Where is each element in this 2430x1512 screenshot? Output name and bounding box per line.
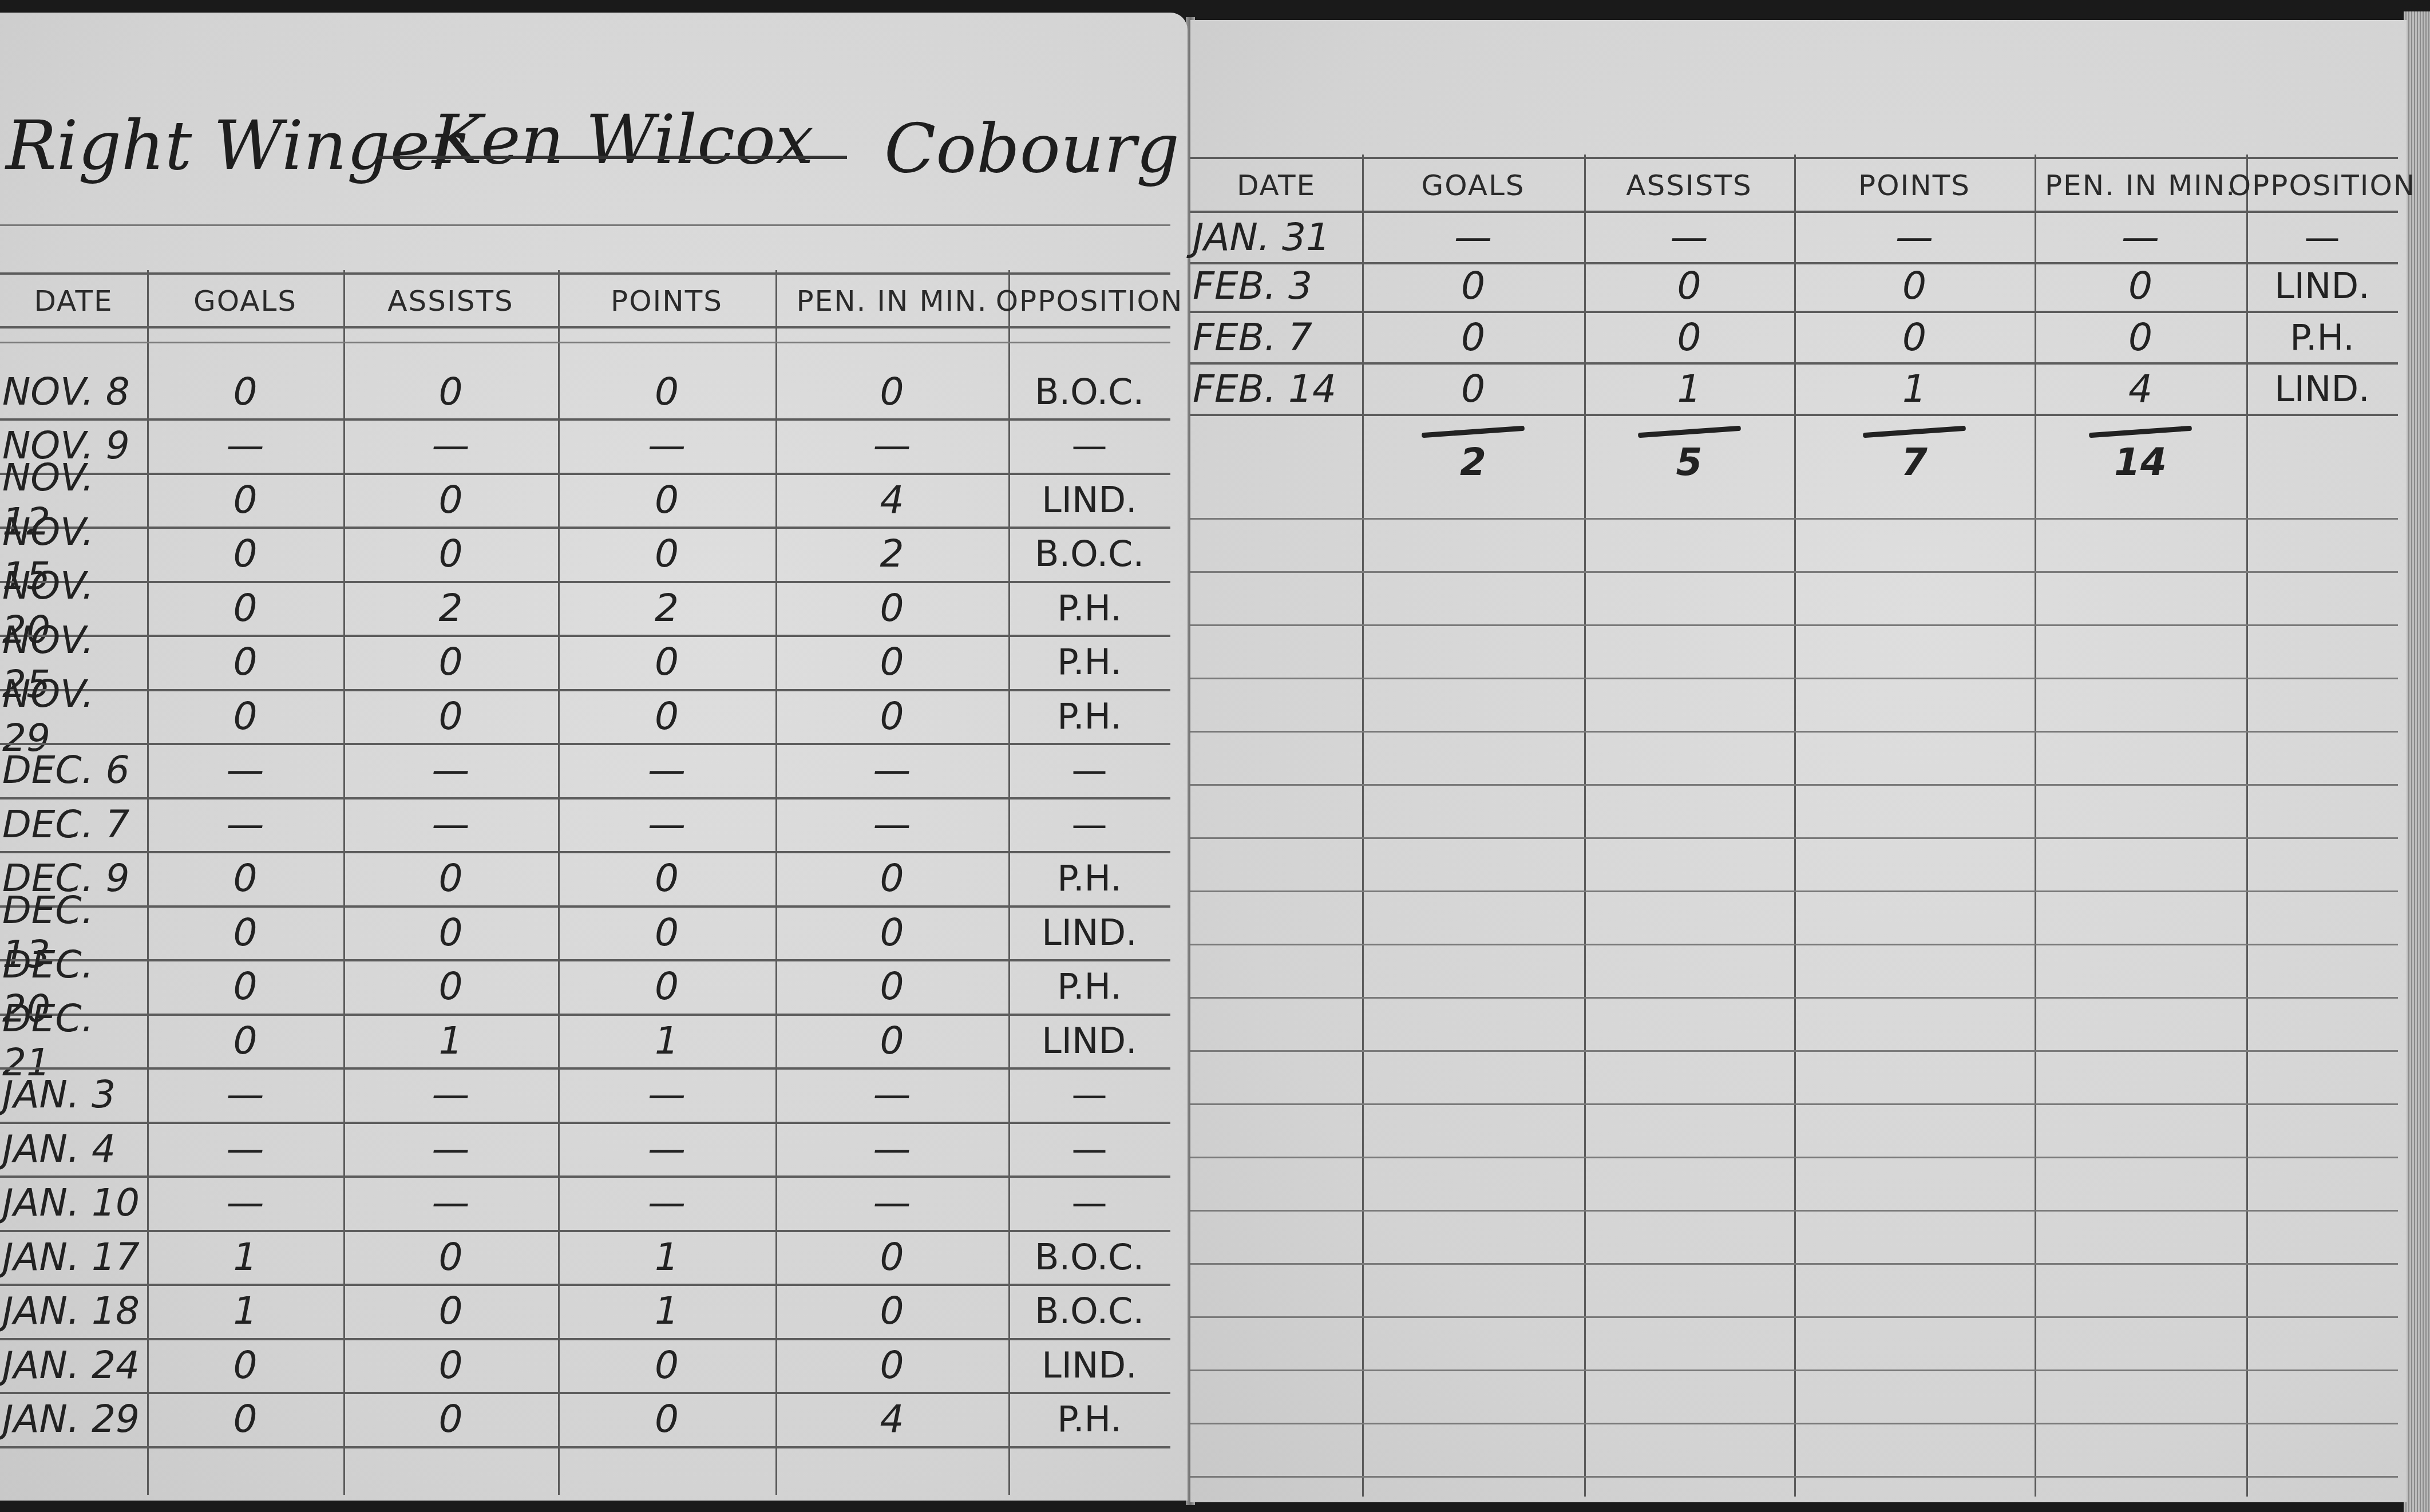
cell-opp: B.O.C. [1008, 1230, 1170, 1284]
cell-pen: 0 [2035, 260, 2246, 311]
cell-assists: — [1584, 212, 1794, 262]
blank-rule [1190, 1476, 2398, 1478]
blank-rule [0, 342, 1170, 343]
cell-points: 1 [1794, 363, 2035, 414]
player-position: Right Winger [6, 106, 462, 185]
column-header-opp: OPPOSITION [2246, 160, 2398, 211]
cell-opp: — [1008, 1122, 1170, 1175]
cell-goals: 0 [147, 1014, 343, 1067]
cell-assists: — [343, 1122, 558, 1175]
row-rule [1190, 414, 2398, 416]
cell-pen: 0 [775, 960, 1008, 1014]
cell-assists: — [343, 797, 558, 851]
cell-goals: 1 [147, 1284, 343, 1338]
cell-date: FEB. 7 [1190, 312, 1364, 362]
cell-assists: 0 [343, 473, 558, 527]
blank-rule [1190, 784, 2398, 786]
left-page: DATEGOALSASSISTSPOINTSPEN. IN MIN.OPPOSI… [0, 13, 1188, 1501]
cell-opp: P.H. [1008, 581, 1170, 635]
cell-goals: 0 [1362, 363, 1584, 414]
header-rule [1190, 157, 2398, 159]
cell-goals: 0 [147, 689, 343, 743]
cell-date: NOV. 8 [0, 365, 149, 418]
cell-points: 0 [558, 365, 775, 418]
right-page: DATEGOALSASSISTSPOINTSPEN. IN MIN.OPPOSI… [1190, 20, 2407, 1502]
blank-rule [1190, 1157, 2398, 1158]
row-rule [0, 1446, 1170, 1448]
cell-pen: 0 [775, 905, 1008, 959]
cell-opp: B.O.C. [1008, 527, 1170, 581]
cell-goals: 0 [147, 365, 343, 418]
cell-goals: — [147, 1122, 343, 1175]
blank-rule [1190, 1103, 2398, 1105]
cell-pen: 0 [775, 1014, 1008, 1067]
cell-points: 0 [558, 960, 775, 1014]
total-pen: 14 [2035, 435, 2246, 489]
cell-opp: — [1008, 419, 1170, 473]
cell-goals: 0 [1362, 260, 1584, 311]
blank-rule [1190, 571, 2398, 573]
cell-goals: 0 [147, 473, 343, 527]
cell-points: — [558, 1068, 775, 1122]
cell-goals: 0 [147, 1338, 343, 1392]
cell-date: JAN. 10 [0, 1176, 149, 1230]
cell-pen: 0 [775, 635, 1008, 689]
blank-rule [1190, 1369, 2398, 1371]
total-assists: 5 [1584, 435, 1794, 489]
column-header-pen: PEN. IN MIN. [775, 276, 1008, 326]
page-edges [2404, 11, 2430, 1512]
blank-rule [1190, 1050, 2398, 1052]
cell-pen: 0 [775, 852, 1008, 905]
cell-points: — [558, 797, 775, 851]
total-points: 7 [1794, 435, 2035, 489]
cell-opp: — [1008, 1176, 1170, 1230]
cell-pen: 4 [775, 1392, 1008, 1446]
cell-date: JAN. 3 [0, 1068, 149, 1122]
cell-date: DEC. 6 [0, 743, 149, 797]
cell-assists: 0 [1584, 312, 1794, 362]
cell-goals: 0 [147, 635, 343, 689]
cell-assists: 0 [1584, 260, 1794, 311]
cell-opp: P.H. [1008, 960, 1170, 1014]
cell-assists: 2 [343, 581, 558, 635]
cell-pen: 0 [775, 1338, 1008, 1392]
cell-assists: 1 [1584, 363, 1794, 414]
cell-opp: B.O.C. [1008, 1284, 1170, 1338]
cell-goals: 0 [147, 527, 343, 581]
cell-assists: 0 [343, 960, 558, 1014]
cell-pen: — [775, 1122, 1008, 1175]
cell-date: DEC. 7 [0, 797, 149, 851]
cell-opp: P.H. [1008, 1392, 1170, 1446]
cell-points: 1 [558, 1230, 775, 1284]
cell-date: JAN. 17 [0, 1230, 149, 1284]
cell-opp: P.H. [1008, 689, 1170, 743]
cell-assists: — [343, 1068, 558, 1122]
team-name: Cobourg [884, 109, 1180, 188]
blank-rule [1190, 837, 2398, 839]
column-header-assists: ASSISTS [1584, 160, 1794, 211]
column-header-assists: ASSISTS [343, 276, 558, 326]
cell-points: 0 [558, 635, 775, 689]
cell-assists: 0 [343, 852, 558, 905]
cell-pen: 2 [775, 527, 1008, 581]
cell-pen: 0 [775, 1284, 1008, 1338]
cell-opp: LIND. [1008, 1014, 1170, 1067]
cell-assists: 0 [343, 635, 558, 689]
blank-rule [1190, 518, 2398, 520]
cell-points: 0 [558, 852, 775, 905]
cell-opp: LIND. [2246, 363, 2398, 414]
column-header-opp: OPPOSITION [1008, 276, 1170, 326]
cell-assists: 0 [343, 1230, 558, 1284]
cell-points: 1 [558, 1284, 775, 1338]
cell-goals: — [147, 419, 343, 473]
blank-rule [1190, 678, 2398, 679]
cell-pen: — [775, 419, 1008, 473]
cell-points: 0 [558, 1392, 775, 1446]
column-header-date: DATE [1190, 160, 1362, 211]
cell-goals: 0 [1362, 312, 1584, 362]
cell-points: 0 [558, 905, 775, 959]
cell-points: — [558, 743, 775, 797]
cell-pen: 0 [2035, 312, 2246, 362]
cell-opp: P.H. [1008, 635, 1170, 689]
cell-pen: 0 [775, 689, 1008, 743]
header-rule [0, 326, 1170, 328]
cell-date: FEB. 3 [1190, 260, 1364, 311]
cell-date: FEB. 14 [1190, 363, 1364, 414]
cell-date: JAN. 18 [0, 1284, 149, 1338]
cell-points: 0 [1794, 260, 2035, 311]
cell-pen: 4 [2035, 363, 2246, 414]
cell-date: JAN. 24 [0, 1338, 149, 1392]
cell-date: JAN. 29 [0, 1392, 149, 1446]
cell-opp: — [1008, 797, 1170, 851]
cell-date: DEC. 21 [0, 1014, 149, 1067]
cell-opp: P.H. [1008, 852, 1170, 905]
player-name-underline [378, 156, 847, 159]
cell-points: — [558, 1122, 775, 1175]
blank-rule [1190, 1316, 2398, 1318]
cell-pen: — [775, 1068, 1008, 1122]
cell-opp: LIND. [1008, 473, 1170, 527]
cell-assists: — [343, 419, 558, 473]
cell-goals: — [147, 1068, 343, 1122]
column-header-points: POINTS [1794, 160, 2035, 211]
column-header-date: DATE [0, 276, 147, 326]
cell-points: 2 [558, 581, 775, 635]
cell-points: 0 [558, 473, 775, 527]
cell-opp: B.O.C. [1008, 365, 1170, 418]
cell-goals: — [147, 797, 343, 851]
cell-goals: 1 [147, 1230, 343, 1284]
total-goals: 2 [1362, 435, 1584, 489]
player-name: Ken Wilcox [432, 100, 814, 179]
cell-points: 0 [558, 1338, 775, 1392]
cell-pen: — [2035, 212, 2246, 262]
blank-rule [0, 224, 1170, 226]
cell-opp: P.H. [2246, 312, 2398, 362]
cell-date: JAN. 4 [0, 1122, 149, 1175]
cell-points: 1 [558, 1014, 775, 1067]
cell-opp: LIND. [1008, 1338, 1170, 1392]
cell-points: 0 [558, 527, 775, 581]
cell-goals: 0 [147, 581, 343, 635]
blank-rule [1190, 731, 2398, 733]
column-header-pen: PEN. IN MIN. [2035, 160, 2246, 211]
cell-assists: — [343, 743, 558, 797]
cell-points: 0 [1794, 312, 2035, 362]
blank-rule [1190, 890, 2398, 892]
cell-goals: 0 [147, 960, 343, 1014]
column-header-goals: GOALS [1362, 160, 1584, 211]
cell-goals: 0 [147, 905, 343, 959]
cell-goals: 0 [147, 852, 343, 905]
cell-opp: — [1008, 1068, 1170, 1122]
cell-opp: — [1008, 743, 1170, 797]
cell-goals: 0 [147, 1392, 343, 1446]
column-header-goals: GOALS [147, 276, 343, 326]
cell-assists: 1 [343, 1014, 558, 1067]
cell-pen: 4 [775, 473, 1008, 527]
blank-rule [1190, 1423, 2398, 1424]
cell-goals: — [147, 743, 343, 797]
cell-pen: — [775, 1176, 1008, 1230]
cell-assists: 0 [343, 1392, 558, 1446]
cell-pen: — [775, 743, 1008, 797]
cell-assists: 0 [343, 1338, 558, 1392]
cell-date: NOV. 29 [0, 689, 149, 743]
column-header-points: POINTS [558, 276, 775, 326]
blank-rule [1190, 944, 2398, 945]
blank-rule [1190, 1263, 2398, 1265]
cell-assists: — [343, 1176, 558, 1230]
cell-assists: 0 [343, 527, 558, 581]
cell-goals: — [147, 1176, 343, 1230]
blank-rule [1190, 624, 2398, 626]
header-rule [0, 272, 1170, 275]
cell-pen: 0 [775, 1230, 1008, 1284]
cell-assists: 0 [343, 905, 558, 959]
blank-rule [1190, 997, 2398, 999]
cell-points: — [558, 419, 775, 473]
cell-assists: 0 [343, 365, 558, 418]
cell-points: — [1794, 212, 2035, 262]
cell-points: — [558, 1176, 775, 1230]
cell-date: JAN. 31 [1190, 212, 1364, 262]
cell-goals: — [1362, 212, 1584, 262]
cell-points: 0 [558, 689, 775, 743]
cell-pen: 0 [775, 581, 1008, 635]
cell-opp: LIND. [1008, 905, 1170, 959]
cell-pen: — [775, 797, 1008, 851]
cell-opp: — [2246, 212, 2398, 262]
cell-assists: 0 [343, 1284, 558, 1338]
cell-pen: 0 [775, 365, 1008, 418]
blank-rule [1190, 1210, 2398, 1212]
cell-assists: 0 [343, 689, 558, 743]
cell-opp: LIND. [2246, 260, 2398, 311]
